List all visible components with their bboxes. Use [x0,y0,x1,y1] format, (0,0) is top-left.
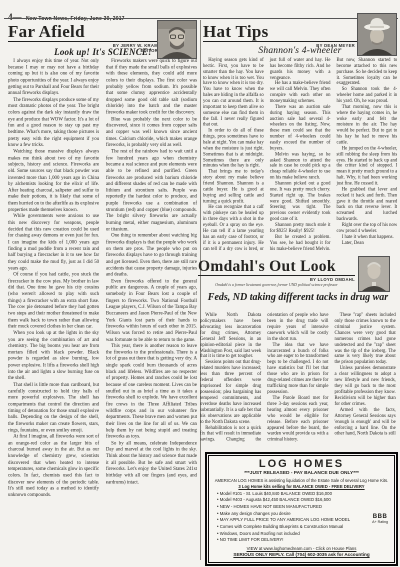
paragraph: MAY APPLY FULL PRICE TO ANY AMERICAN LOG… [217,517,390,524]
paragraph: Even fireworks offered to the general pu… [106,278,197,343]
newspaper-page: 4— New Town News, Friday, June 30, 2017 … [0,0,400,567]
paragraph: Later, Dean [337,240,398,246]
omdahl-columns: While North Dakota policymakers have bee… [200,312,396,448]
hat-tips-body: Haying season gets kind of hectic. First… [203,57,397,253]
ad-subtitle: ***JUST RELEASED - PAY BALANCE DUE ONLY*… [213,471,390,476]
paragraph: He jumped on the 4-wheeler, still rubbin… [337,145,398,186]
paragraph: Shannon pretty much stole it for $925! R… [270,222,331,234]
byline-name: BY LLOYD OMDAHL [198,277,355,282]
ad-website-line[interactable]: VIEW at www.loghomedream.com - Click on … [213,546,390,551]
ad-phone-line: SERIOUS ONLY REPLY. Call (704) 602-3035 … [213,552,390,557]
paragraph: Sessions points out that drug-related mu… [200,360,261,425]
paragraph: The rest of the rainbow had to wait unti… [106,149,197,233]
paragraph: The fireworks displays produce some of m… [8,97,99,149]
far-afield-subhead: Look up! It's SCIENCE! [18,47,188,57]
lloyd-omdahl-photo [358,256,390,292]
paragraph: Blue was probably the next color to be d… [106,116,197,148]
far-afield-section: Far Afield BY JERRY W. KRAM EDITOR [8,20,197,58]
hat-tips-section: Hat Tips BY DEAN MEYER Shannon's 4-wheel… [203,20,397,58]
hat-tips-columns: Haying season gets kind of hectic. First… [203,57,397,253]
paragraph: At first I imagine, all fireworks were s… [8,434,99,499]
paragraph: The idea that we have incarcerated a bun… [267,342,328,395]
ad-title: LOG HOMES [213,458,390,470]
paragraph: While North Dakota policymakers have bee… [200,312,261,360]
log-homes-ad-inner: LOG HOMES ***JUST RELEASED - PAY BALANCE… [208,455,395,563]
omdahl-body: While North Dakota policymakers have bee… [200,312,396,448]
paragraph: That morning, now this is where the hayi… [337,104,398,145]
paragraph: He has a make-believe friend we will cal… [270,81,331,105]
hat-tips-subhead: Shannon's 4-wheeler [203,46,397,56]
omdahl-byline: BY LLOYD OMDAHL [198,277,355,282]
paragraph: NO TIME LIMIT FOR DELIVERY! [217,537,390,544]
paragraph: When you look up at the lights in the sk… [8,330,99,382]
log-homes-ad: LOG HOMES ***JUST RELEASED - PAY BALANCE… [205,452,398,566]
omdahl-section: Omdahl's Out Look BY LLOYD OMDAHL Omdahl… [198,256,398,310]
paragraph: One thing to remember about watching big… [106,233,197,278]
paragraph: Melvin was haying, so he asked Shannon t… [270,151,331,180]
paragraph: Right over the top of his now cow proud … [337,222,398,234]
paragraph: So Shannon took the 4-wheeler home and p… [337,86,398,104]
paragraph: Windows, Doors and Roofing not included [217,531,390,538]
bbb-rating: A+ Rating [372,520,388,524]
paragraph: These "rap" sheets included only those c… [334,312,395,365]
far-afield-body: I always enjoy this time of year. Not on… [8,58,197,542]
paragraph: Unless parolees demonstrate a clear will… [334,365,395,407]
paragraph: There was an auction sale during haying … [270,104,331,151]
paragraph: He grabbed that lever and rocked it back… [337,187,398,222]
ad-offer-line: 3 Log Home kits selling for BALANCE OWED… [213,484,390,489]
paragraph: While governments were anxious to use th… [8,214,99,272]
bbb-badge: BBB A+ Rating [372,514,388,524]
paragraph: Haying season gets kind of hectic. First… [203,57,264,128]
paragraph: That brings me to today's story about my… [203,169,264,204]
far-afield-columns: I always enjoy this time of year. Not on… [8,58,197,542]
paragraph: The Parole Board met for three 3-day ses… [267,395,328,443]
paragraph: Comes with Complete Building Blueprints … [217,524,390,531]
paragraph: Model #403 - Augusta $42,450 BALANCE OWE… [217,497,390,504]
omdahl-credit: Omdahl is a former lieutenant governor, … [198,283,355,287]
paragraph: So by all means, celebrate Independence … [106,440,197,485]
paragraph: Shannon picked out a good one. It was pr… [270,181,331,222]
ad-description: AMERICAN LOG HOMES is assisting liquidat… [213,478,390,483]
paragraph: NEW - HOMES HAVE NOT BEEN MANUFACTURED [217,504,390,511]
omdahl-header: Omdahl's Out Look BY LLOYD OMDAHL Omdahl… [198,256,398,310]
paragraph: This year, there is another reason to le… [106,343,197,440]
paragraph: Watching those massive displays always m… [8,149,99,214]
paragraph: I always enjoy this time of year. Not on… [8,58,99,97]
paragraph: Make any design changes you desire [217,511,390,518]
paragraph: That shell is little more than cardboard… [8,382,99,434]
ad-bullet-list: Model #101 - St. Louis $40,840 BALANCE O… [213,491,390,544]
paragraph: Fireworks makers were quick to figure ou… [106,58,197,116]
paragraph: I hate it when that happens. [337,234,398,240]
paragraph: Of course if you had cattle, you stuck t… [8,272,99,330]
omdahl-subhead: Feds, ND taking different tacks in drug … [198,292,398,303]
paragraph: Model #101 - St. Louis $40,840 BALANCE O… [217,491,390,498]
paragraph: In order to do all of these things, pros… [203,128,264,169]
top-rule [4,18,398,19]
portrait-elder-man-icon [359,257,389,291]
